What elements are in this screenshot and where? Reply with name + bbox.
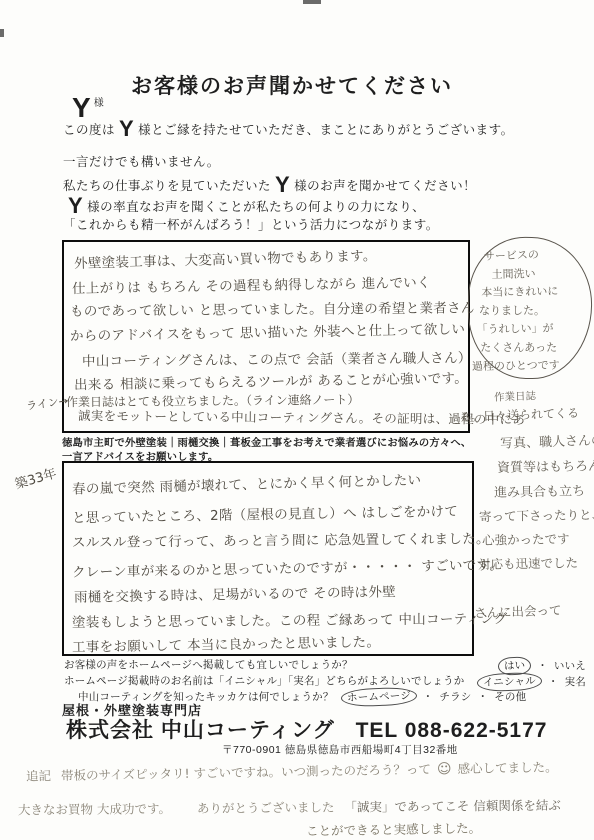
greeting-text: 様とご縁を持たせていただき、まことにありがとうございます。 [138, 123, 514, 137]
handwritten-line: 外壁塗装工事は、大変高い買い物でもあります。 [74, 244, 377, 272]
customer-initial: Y [68, 195, 83, 217]
prompt-line: 徳島市主町で外壁塗装｜雨樋交換｜葺板金工事をお考えで業者選びにお悩みの方々へ、 [62, 434, 471, 449]
postscript-text: ありがとうございました [197, 800, 335, 816]
intro-text: 様の率直なお声を聞くことが私たちの何よりの力になり、 [87, 200, 425, 214]
handwritten-line: 仕上がりは もちろん その過程も納得しながら 進んでいく [72, 271, 431, 297]
intro-line: Y 様の率直なお声を聞くことが私たちの何よりの力になり、 [68, 193, 425, 215]
option-separator: ・ [548, 676, 559, 688]
company-line: 株式会社 中山コーティング TEL 088-622-5177 [66, 714, 547, 744]
postscript-text: 帯板のサイズピッタリ! すごいですね。いつ測ったのだろう？って [61, 762, 431, 783]
scanned-feedback-sheet: お客様のお声聞かせてください Y様 この度は Y 様とご縁を持たせていただき、ま… [0, 0, 594, 840]
handwritten-line: 工事をお願いして 本当に良かったと思いました。 [72, 630, 381, 655]
honorific: 様 [94, 98, 104, 109]
option-separator: ・ [477, 691, 488, 703]
company-name: 株式会社 中山コーティング [66, 719, 335, 742]
handwritten-line: 春の嵐で突然 雨樋が壊れて、とにかく早く何とかしたい [72, 468, 422, 497]
option-separator: ・ [423, 691, 434, 703]
intro-line: 一言だけでも構いません。 [63, 152, 220, 170]
bubble-line: たくさんあった [480, 339, 590, 358]
margin-note-line: 寄って下さったりと、 [479, 505, 594, 525]
greeting-line: この度は Y 様とご縁を持たせていただき、まことにありがとうございます。 [63, 116, 514, 138]
postscript-line-2: 大きなお買物 大成功です。 ありがとうございました 「誠実」であってこそ 信頼関… [18, 796, 561, 819]
smiley-face-doodle: ☺ [437, 761, 452, 777]
handwritten-line: と思っていたところ、2階（屋根の見直し）へ はしごをかけて [72, 500, 458, 527]
option-no: いいえ [554, 660, 586, 672]
postscript-text: 大きなお買物 大成功です。 [18, 801, 171, 817]
company-address: 〒770-0901 徳島県徳島市西船場町4丁目32番地 [222, 742, 458, 757]
handwritten-line: 中山コーティングさんは、この点で 会話（業者さん職人さん） [82, 346, 472, 369]
option-homepage-selected: ホームページ [340, 687, 417, 708]
question-text: ホームページ掲載時のお名前は「イニシャル」「実名」どちらがよろしいでしょうか [64, 675, 465, 687]
intro-line: 「これからも精一杯がんばろう！」という活力につながります。 [63, 215, 439, 233]
feedback-box-1: 外壁塗装工事は、大変高い買い物でもあります。 仕上がりは もちろん その過程も納… [62, 240, 470, 433]
postscript-prefix: 追記 [26, 768, 51, 783]
handwritten-line: スルスル登って行って、あっと言う間に 応急処置してくれました。 [72, 527, 490, 551]
margin-note-built-years: 築33年 [12, 463, 58, 493]
postscript-text: 感心してました。 [457, 759, 557, 776]
intro-text: 様のお声を聞かせてください！ [294, 179, 476, 193]
bubble-line: 「うれしい」が [476, 319, 590, 339]
postscript-line-1: 追記 帯板のサイズピッタリ! すごいですね。いつ測ったのだろう？って ☺ 感心し… [26, 757, 558, 784]
bubble-line: サービスの [484, 244, 593, 266]
margin-speech-bubble: サービスの 土間洗い 本当にきれいに なりました。 「うれしい」が たくさんあっ… [467, 236, 593, 380]
intro-line: 私たちの仕事ぶりを見ていただいた Y 様のお声を聞かせてください！ [63, 172, 476, 194]
margin-note-line: 心強かったです [482, 529, 570, 549]
margin-note-line: 写真、職人さんの [500, 429, 594, 452]
scan-artifact-mark [0, 29, 4, 37]
margin-note-line: 進み具合も立ち [494, 480, 585, 501]
bubble-line: 過程のひとつです [472, 356, 590, 377]
company-tel: TEL 088-622-5177 [356, 719, 548, 742]
margin-note-line: る。日々送られてくる [459, 404, 580, 425]
margin-note-label: 作業日誌 [494, 388, 536, 404]
handwritten-line: 塗装もしようと思っていました。この程 ご縁あって 中山コーティング [72, 607, 508, 631]
bubble-line: 土間洗い [491, 264, 591, 284]
handwritten-line: からのアドバイスをもって 思い描いた 外装へと仕上って欲しい [70, 318, 465, 345]
option-separator: ・ [537, 660, 548, 672]
option-other: その他 [494, 691, 526, 703]
customer-initial: Y [119, 118, 134, 140]
scan-artifact-mark [303, 0, 321, 4]
option-flyer: チラシ [439, 691, 471, 703]
handwritten-line: ものであって欲しい と思っていました。自分達の希望と業者さん [70, 296, 475, 320]
question-text: お客様の声をホームページへ掲載しても宜しいでしょうか？ [64, 659, 353, 671]
postscript-line-3: ことができると実感しました。 [306, 818, 481, 839]
margin-note-line: 資質等はもちろん [497, 455, 594, 476]
handwritten-line: 出来る 相談に乗ってもらえるツールが あることが心強いです。 [74, 367, 468, 394]
feedback-box-2: 春の嵐で突然 雨樋が壊れて、とにかく早く何とかしたい と思っていたところ、2階（… [62, 461, 474, 656]
option-realname: 実名 [565, 676, 586, 688]
greeting-text: この度は [63, 123, 115, 137]
bubble-line: なりました。 [479, 302, 591, 321]
handwritten-line: クレーン車が来るのかと思っていたのですが・・・・・ すごいです。 [72, 553, 503, 581]
postscript-text-emphasis: 「誠実」であってこそ 信頼関係を結ぶ [344, 798, 560, 815]
bubble-line: 本当にきれいに [481, 282, 591, 302]
handwritten-line: 雨樋を交換する時は、足場がいるので その時は外壁 [74, 580, 396, 606]
intro-text: 私たちの仕事ぶりを見ていただいた [63, 179, 271, 193]
